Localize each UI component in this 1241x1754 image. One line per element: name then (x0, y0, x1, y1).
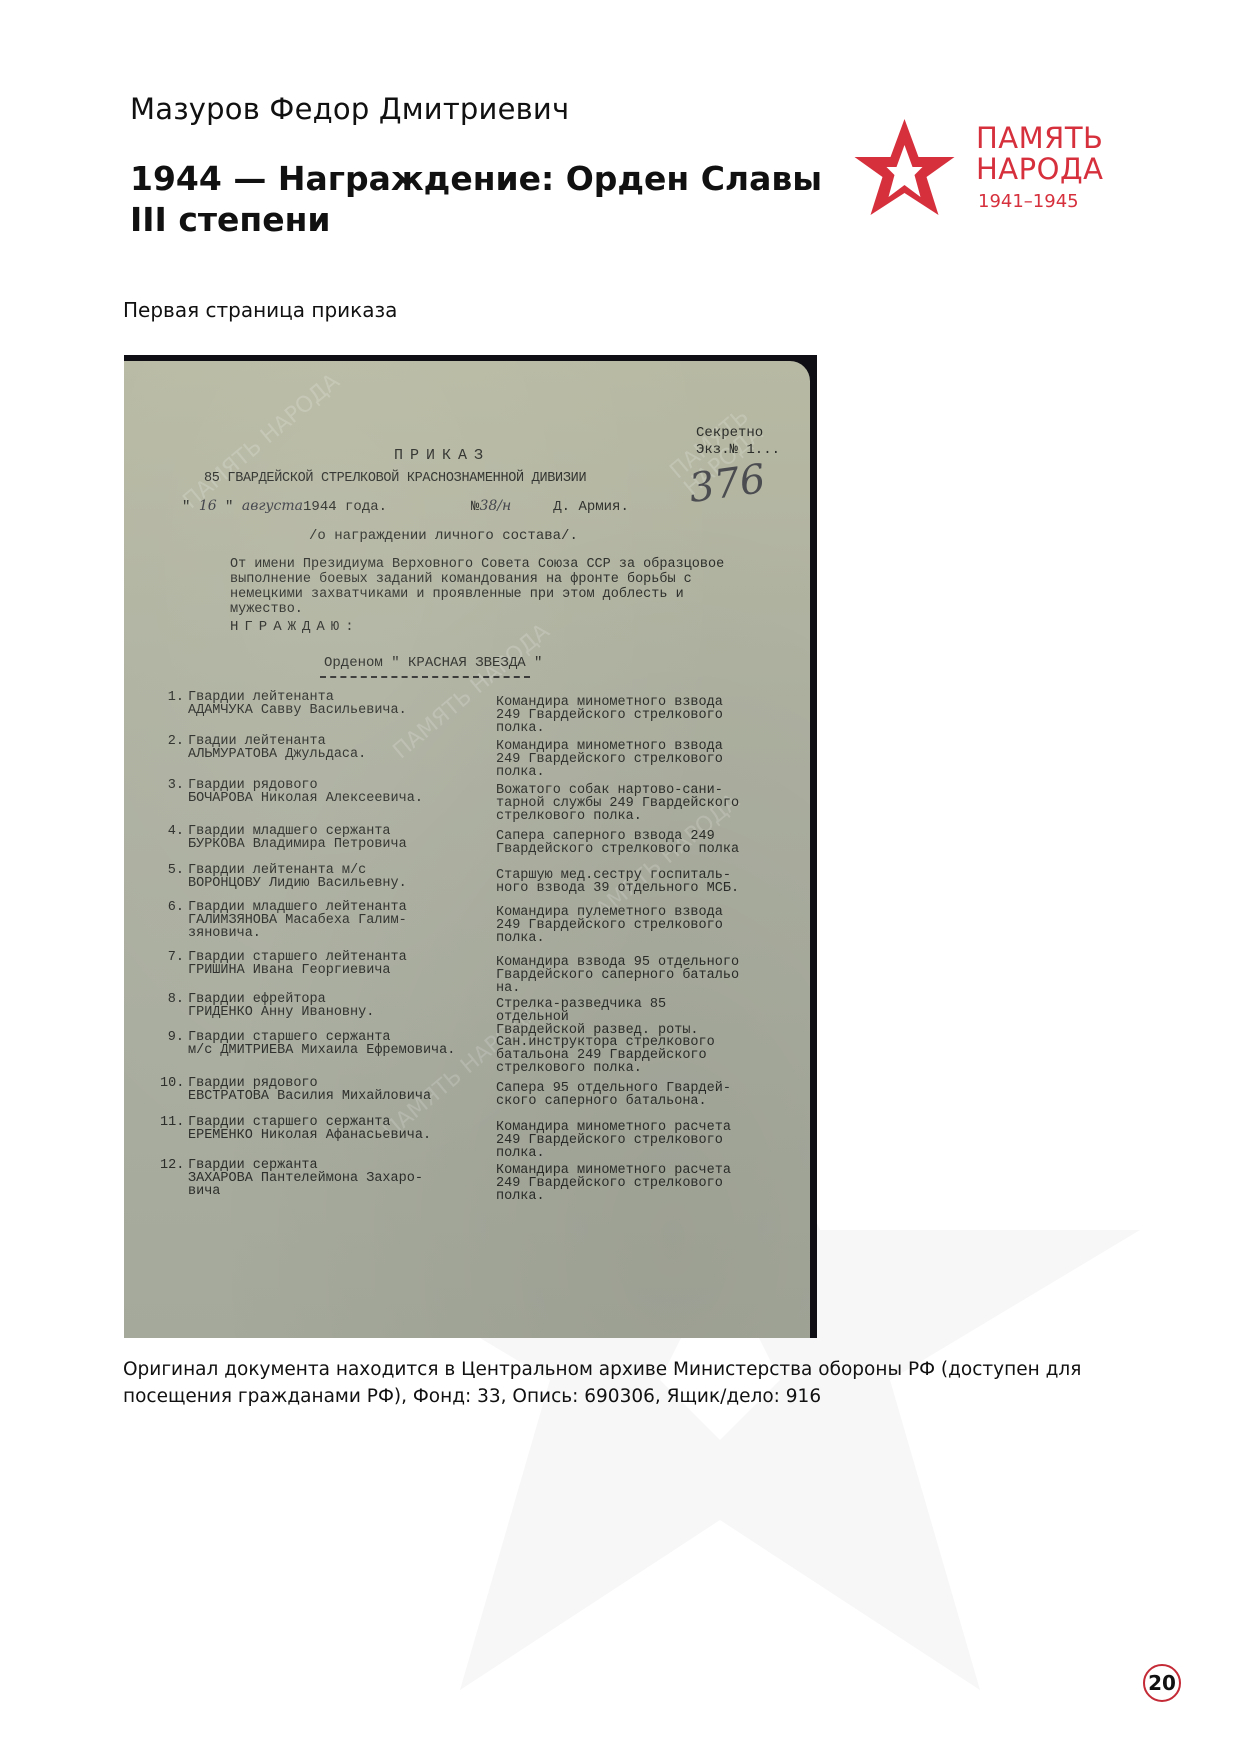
date-quote: " (182, 499, 190, 515)
logo-line-1: ПАМЯТЬ (976, 123, 1103, 154)
awardee-position: Командира минометного расчета 249 Гварде… (496, 1121, 746, 1160)
awardee-number: 9. (160, 1031, 184, 1044)
date-year: 1944 года. (303, 499, 387, 515)
secret-line-1: Секретно (696, 425, 780, 442)
order-date-line: " 16 " августа1944 года. №38/н Д. Армия. (182, 498, 629, 515)
handwritten-number: 376 (686, 456, 768, 512)
page-number: 20 (1143, 1664, 1181, 1702)
order-name: Орденом " КРАСНАЯ ЗВЕЗДА " (324, 655, 542, 671)
awardee-number: 3. (160, 779, 184, 792)
date-day: 16 (199, 498, 217, 514)
awardee-position: Командира пулеметного взвода 249 Гвардей… (496, 906, 746, 945)
awardee-position: Сапера саперного взвода 249 Гвардейского… (496, 830, 746, 856)
awardee-position: Командира минометного расчета 249 Гварде… (496, 1164, 746, 1203)
watermark: ПАМЯТЬ НАРОДА (180, 371, 344, 514)
awardee-name: Гвардии младшего лейтенанта ГАЛИМЗЯНОВА … (188, 901, 488, 940)
order-subject: /о награждении личного состава/. (309, 528, 578, 544)
awardee-position: Командира минометного взвода 249 Гвардей… (496, 696, 746, 735)
order-preamble: От имени Президиума Верховного Совета Со… (230, 557, 750, 617)
awardee-number: 11. (160, 1116, 184, 1129)
awardee-position: Старшую мед.сестру госпиталь- ного взвод… (496, 869, 746, 895)
awardee-number: 2. (160, 735, 184, 748)
award-verb: НГРАЖДАЮ: (230, 619, 360, 635)
division-name: 85 ГВАРДЕЙСКОЙ СТРЕЛКОВОЙ КРАСНОЗНАМЕННО… (204, 471, 586, 486)
person-name: Мазуров Федор Дмитриевич (130, 92, 569, 126)
awardee-name: Гвардии старшего сержанта м/с ДМИТРИЕВА … (188, 1031, 488, 1057)
scan-caption: Первая страница приказа (123, 298, 397, 322)
awardee-number: 6. (160, 901, 184, 914)
date-quote: " (225, 499, 233, 515)
awardee-name: Гвардии лейтенанта АДАМЧУКА Савву Василь… (188, 691, 488, 717)
awardee-position: Командира взвода 95 отдельного Гвардейск… (496, 956, 746, 995)
awardee-number: 10. (160, 1077, 184, 1090)
secret-line-2: Экз.№ 1... (696, 442, 780, 459)
document-paper: ПАМЯТЬ НАРОДА ПАМЯТЬ НАРОДА ПАМЯТЬ НАРОД… (124, 361, 810, 1338)
awardee-number: 12. (160, 1159, 184, 1172)
order-name-underline (320, 676, 530, 678)
awardee-number: 1. (160, 691, 184, 704)
awardee-name: Гвадии лейтенанта АЛЬМУРАТОВА Джульдаса. (188, 735, 488, 761)
logo-text: ПАМЯТЬ НАРОДА (976, 123, 1103, 185)
order-heading: ПРИКАЗ (394, 447, 490, 464)
awardee-name: Гвардии старшего лейтенанта ГРИШИНА Иван… (188, 951, 488, 977)
logo-years: 1941–1945 (978, 191, 1079, 212)
pamyat-naroda-logo[interactable]: ПАМЯТЬ НАРОДА 1941–1945 (852, 117, 1122, 222)
awardee-position: Командира минометного взвода 249 Гвардей… (496, 740, 746, 779)
awardee-name: Гвардии старшего сержанта ЕРЕМЕНКО Никол… (188, 1116, 488, 1142)
awardee-name: Гвардии рядового БОЧАРОВА Николая Алексе… (188, 779, 488, 805)
awardee-number: 7. (160, 951, 184, 964)
awardee-position: Стрелка-разведчика 85 отдельной Гвардейс… (496, 998, 746, 1037)
award-title: 1944 — Награждение: Орден Славы III степ… (130, 158, 830, 240)
archive-source-caption: Оригинал документа находится в Центральн… (123, 1356, 1123, 1410)
awardee-name: Гвардии рядового ЕВСТРАТОВА Василия Миха… (188, 1077, 488, 1103)
logo-line-2: НАРОДА (976, 154, 1103, 185)
awardee-name: Гвардии сержанта ЗАХАРОВА Пантелеймона З… (188, 1159, 488, 1198)
secret-stamp: Секретно Экз.№ 1... (696, 425, 780, 459)
awardee-name: Гвардии ефрейтора ГРИДЕНКО Анну Ивановну… (188, 993, 488, 1019)
date-month: августа (242, 498, 303, 514)
awardee-position: Сапера 95 отдельного Гвардей- ского сапе… (496, 1082, 746, 1108)
order-number: 38/н (479, 498, 511, 514)
awardee-position: Сан.инструктора стрелкового батальона 24… (496, 1036, 746, 1075)
red-star-icon (852, 117, 957, 217)
document-scan-image: ПАМЯТЬ НАРОДА ПАМЯТЬ НАРОДА ПАМЯТЬ НАРОД… (124, 355, 817, 1338)
awardee-position: Вожатого собак нартово-сани- тарной служ… (496, 784, 746, 823)
awardee-name: Гвардии младшего сержанта БУРКОВА Владим… (188, 825, 488, 851)
awardee-name: Гвардии лейтенанта м/с ВОРОНЦОВУ Лидию В… (188, 864, 488, 890)
army: Д. Армия. (553, 499, 629, 515)
awardee-number: 5. (160, 864, 184, 877)
awardee-number: 8. (160, 993, 184, 1006)
awardee-number: 4. (160, 825, 184, 838)
